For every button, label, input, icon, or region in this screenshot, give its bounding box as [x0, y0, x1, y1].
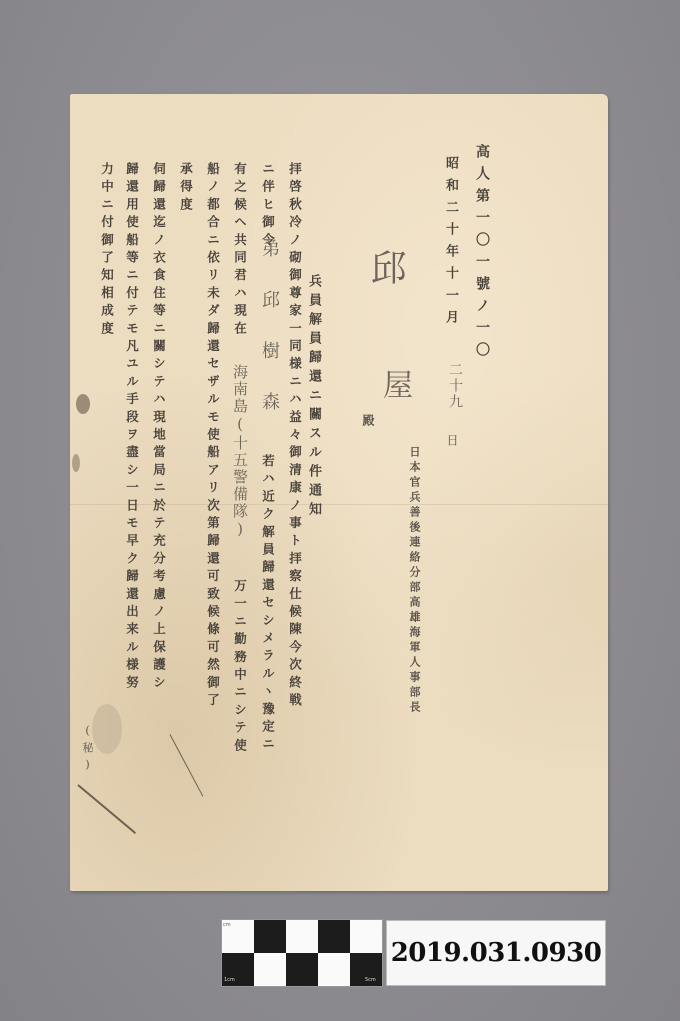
scale-left-label: 1cm	[224, 977, 235, 983]
body-column-8: 力中ニ付御了知相成度	[100, 162, 113, 339]
body-column-7: 歸還用使船等ニ付テモ凡ユル手段ヲ盡シ一日モ早ク歸還出来ル様努	[125, 162, 138, 693]
handwritten-location: 海南島(十五警備隊)	[230, 364, 251, 540]
tear-line	[77, 784, 136, 834]
body-column-5: 承得度	[179, 162, 192, 215]
accession-number-label: 2019.031.0930	[386, 920, 606, 986]
water-stain	[92, 704, 122, 754]
date-era-year: 昭和二十年	[443, 156, 458, 266]
body-column-6: 伺歸還迄ノ衣食住等ニ關シテハ現地當局ニ於テ充分考慮ノ上保護シ	[152, 162, 165, 693]
reference-number: 高人第一〇一號ノ一〇	[475, 144, 489, 364]
tear-line	[170, 734, 204, 796]
ink-stain	[76, 394, 90, 414]
date-day-suffix: 日	[446, 434, 458, 451]
issuer: 日本官兵善後連絡分部高雄海軍人事部長	[409, 446, 420, 716]
addressee-handwritten-2: 屋	[372, 369, 416, 399]
body-column-2: ニ伴ヒ御令	[261, 162, 274, 251]
body-column-2b: 若ハ近ク解員歸還セシメラルヽ豫定ニ	[261, 454, 274, 755]
scale-corner-label: cm	[223, 922, 231, 928]
date-era-month: 昭和二十年十一月	[444, 156, 457, 332]
document-paper: 高人第一〇一號ノ一〇 昭和二十年十一月 二十九 日 日本官兵善後連絡分部高雄海軍…	[70, 94, 608, 891]
handwritten-name: 弟 邱 樹 森	[256, 239, 282, 416]
body-column-1: 拝啓秋冷ノ砌御尊家一同様ニハ益々御清康ノ事ト拝察仕候陳今次終戦	[288, 162, 301, 711]
scale-bar	[221, 919, 383, 987]
subject-line: 兵員解員歸還ニ關スル件通知	[307, 274, 320, 521]
fold-line	[70, 504, 608, 505]
body-column-3: 有之候ヘ共同君ハ現在	[233, 162, 246, 339]
body-column-3b: 万一ニ勤務中ニシテ使	[233, 579, 246, 756]
date-day-handwritten: 二十九	[445, 362, 465, 410]
accession-number: 2019.031.0930	[391, 938, 602, 968]
addressee-honorific: 殿	[362, 414, 374, 431]
addressee-handwritten: 邱	[360, 249, 411, 285]
ink-stain	[72, 454, 80, 472]
date-month: 十一月	[443, 266, 458, 332]
scale-right-label: 5cm	[365, 977, 376, 983]
body-column-4: 船ノ都合ニ依リ未ダ歸還セザルモ使船アリ次第歸還可致候條可然御了	[206, 162, 219, 711]
